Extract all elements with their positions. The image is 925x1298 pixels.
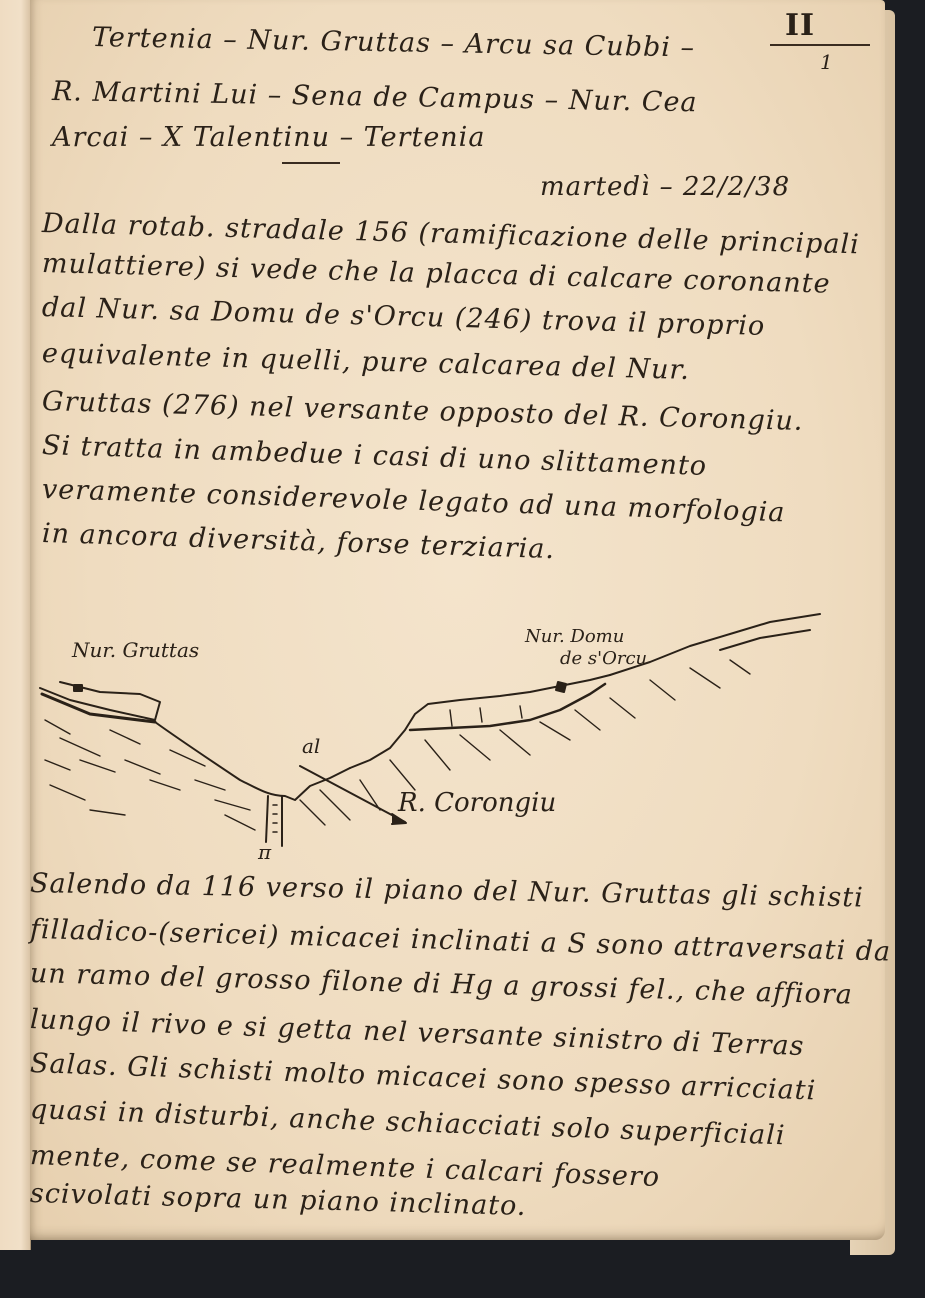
header-line-1: Tertenia – Nur. Gruttas – Arcu sa Cubbi …: [92, 22, 696, 64]
notebook-page: II 1 Tertenia – Nur. Gruttas – Arcu sa C…: [30, 0, 885, 1240]
page-number-arabic: 1: [820, 50, 834, 74]
paragraph-2-line: filladico-(sericei) micacei inclinati a …: [30, 914, 892, 968]
paragraph-1-line: in ancora diversità, forse terziaria.: [42, 518, 556, 565]
paragraph-1-line: Gruttas (276) nel versante opposto del R…: [42, 386, 804, 437]
sketch-label-right-peak-1: Nur. Domu: [525, 626, 624, 647]
entry-date: martedì – 22/2/38: [540, 172, 790, 202]
paragraph-2-line: Salendo da 116 verso il piano del Nur. G…: [30, 868, 864, 914]
paragraph-1-line: dal Nur. sa Domu de s'Orcu (246) trova i…: [42, 292, 766, 342]
paragraph-1-line: Si tratta in ambedue i casi di uno slitt…: [42, 430, 708, 482]
page-number-roman: II: [785, 8, 815, 43]
header-line-2: R. Martini Lui – Sena de Campus – Nur. C…: [52, 76, 698, 118]
paragraph-2-line: quasi in disturbi, anche schiacciati sol…: [29, 1094, 786, 1151]
sketch-label-river: R. Corongiu: [398, 788, 556, 818]
header-line-3: Arcai – X Talentinu – Tertenia: [52, 122, 485, 153]
page-number-rule: [770, 44, 870, 46]
sketch-label-al: al: [302, 734, 320, 758]
paragraph-2-line: un ramo del grosso filone di Hg a grossi…: [30, 958, 854, 1011]
sketch-label-left-peak: Nur. Gruttas: [72, 638, 199, 662]
sketch-label-pi: π: [258, 840, 271, 864]
sketch-label-right-peak-2: de s'Orcu: [560, 648, 647, 669]
landscape-sketch: Nur. Gruttas Nur. Domu de s'Orcu al R. C…: [30, 610, 880, 860]
paragraph-1-line: veramente considerevole legato ad una mo…: [42, 474, 786, 528]
paragraph-1-line: equivalente in quelli, pure calcarea del…: [42, 338, 691, 386]
left-page-edge: [0, 0, 31, 1250]
header-underline: [282, 162, 340, 164]
